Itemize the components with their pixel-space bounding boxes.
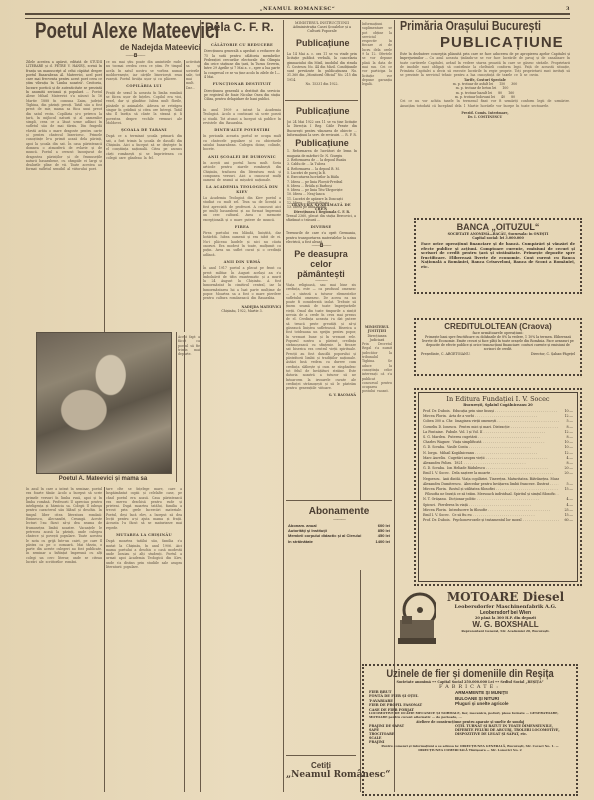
book-price: 60.— (559, 518, 573, 523)
publication2-title: Publicațiune (296, 106, 350, 116)
primaria-text: Este în dezbatere concepția plănuită pri… (400, 52, 570, 212)
column-rule (104, 60, 105, 332)
subhead-mutarea: MUTAREA LA CHIȘINĂU (106, 533, 182, 537)
motoare-line4: W. G. BOXSHALL (438, 620, 573, 629)
column-rule (200, 20, 201, 792)
socec-inner: In Editura Fundației I. V. Socec Bucureș… (418, 392, 578, 582)
abonamente-label: In străinătate (288, 539, 313, 544)
ministry-ref: No. 15331 din 1922. (287, 82, 357, 86)
article-column-5: tare cîte se înțelege mare, care a înspă… (106, 487, 182, 792)
ministry-header-text: MINISTERUL INSTRUCȚIUNII Administrația C… (293, 21, 351, 33)
creditul-title: CREDITULOLTEAN (Craova) (421, 322, 575, 331)
column-rule (283, 195, 284, 792)
ministry-text: La 14 Mai a. c. ora 11 se va vinde prin … (287, 52, 357, 97)
section-rule (286, 755, 356, 756)
masthead-title: „NEAMUL ROMANESC“ (260, 6, 336, 12)
publication2-body: Joi 24 Mai 1922 ora 11 se va ține licita… (287, 120, 357, 137)
resita-bottom-right: OȚEL TURNAT ȘI BATUT IN TOATE DIMENSIUNI… (455, 724, 571, 744)
cetiti-line2: „Neamul Românesc“ (286, 770, 356, 780)
abonamente-price: 1400 lei (376, 539, 390, 544)
primaria-title: Primăria Orașului București (400, 18, 541, 33)
resita-title: Uzinele de fier și domeniile din Reșița (384, 668, 556, 680)
cfr-section-text: Trenul 2360, plecat din stația Bercovici… (286, 214, 356, 222)
ministry-text-body: La 14 Mai a. c. ora 11 se va vinde prin … (287, 52, 357, 82)
abonamente-box: Abonamente ——— Abonam. anual600 lei Auto… (286, 500, 392, 570)
column-rule (184, 335, 185, 792)
ministry-title: Publicațiune (296, 38, 350, 48)
book-author: Prof. Dr. Dubois. (423, 518, 451, 523)
column-rule (360, 20, 361, 792)
article-intro: Zilele acestea a apărut, editată de STUD… (26, 60, 102, 94)
motoare-ad: MOTOARE Diesel Leobersdorfer Maschinenfa… (438, 590, 573, 633)
subhead-academia: LA ACADEMIA TEOLOGICĂ DIN KIEV (203, 185, 281, 194)
cfr-section-text: Terenurile de care s'a oprit Germania, p… (286, 231, 356, 244)
cfr-section-text: Direcțiunea generală a destituit din ser… (204, 89, 280, 102)
banca-title: BANCA „OITUZUL“ (421, 222, 575, 232)
article-column-4: In anul în care a intrat în seminar, poe… (26, 487, 102, 792)
abonamente-title: Abonamente (286, 506, 392, 517)
resita-inner: Uzinele de fier și domeniile din Reșița … (366, 668, 574, 752)
article-byline: de Nadejda Mateevici (120, 43, 201, 52)
socec-address: București, Splaiul Cogălniceanu 20 (423, 403, 573, 407)
justice-header: MINISTERUL JUSTIȚIEI (362, 325, 392, 334)
resita-left-items: FIER BRUT FONTĂ DE FIER ȘI OȚEL T-AVARIA… (369, 690, 449, 712)
resita-right-items: ARMAMENTE ȘI MUNIȚII BULOANE ȘI NITURI P… (455, 690, 571, 712)
tax-value2: 300 (511, 82, 517, 86)
column-rule (104, 487, 105, 792)
article-column-3: activitatea sa și scrierile sale, tot ma… (186, 60, 200, 330)
publication2-item: 1. Reformarea de lucrători de lemn în ma… (287, 149, 357, 158)
article-column-side: Acest fapt a făcut ca poetul să fie trim… (178, 335, 200, 480)
column-rule (184, 60, 185, 332)
resita-products: FIER BRUT FONTĂ DE FIER ȘI OȚEL T-AVARIA… (369, 690, 571, 712)
section-rule (285, 100, 358, 101)
subhead-duhovnic: ANII ȘCOALEI DE DUHOVNIC (203, 155, 281, 159)
subhead-firea: FIREA (203, 225, 281, 229)
cfr-section-text: Direcțiunea generală a aprobat o reducer… (204, 49, 280, 79)
article-column-2: ce nu mai știu poate din amintirile rude… (106, 60, 182, 330)
article-column-8: In anul 1909 a intrat la Academia Teolog… (203, 108, 281, 798)
creditul-director: Director, C. Șaban-Făgețel (531, 352, 575, 356)
creditul-signatures: Președinte, C. ARGETOIANU. Director, C. … (421, 352, 575, 356)
resita-ad: Uzinele de fier și domeniile din Reșița … (362, 664, 578, 796)
ornament-divider: ——◘—— (110, 53, 160, 59)
resita-bottom-left: PRAJINI DE SAPAT SAPE TROCITOARE SCALE P… (369, 724, 449, 744)
resita-bottom: PRAJINI DE SAPAT SAPE TROCITOARE SCALE P… (369, 724, 571, 744)
resita-middle: LOCOMOTIVE DE OCAZIE MECANICE ȘI NORMALE… (369, 712, 571, 720)
cetiti-box: Cetiți „Neamul Românesc“ (286, 755, 356, 795)
banca-capital: Capital social: lei 3.000.000 (421, 236, 575, 240)
motoare-line5: Reprezentant General, Str. Academiei 20,… (438, 629, 573, 633)
column-rule (283, 20, 284, 195)
pamant-author: G. V. BACOANĂ (286, 393, 356, 397)
section-rule (286, 500, 392, 501)
newspaper-page: „NEAMUL ROMANESC“ 3 Poetul Alexe Mateevi… (0, 0, 594, 800)
creditul-inner: CREDITULOLTEAN (Craova) face următoarele… (418, 322, 578, 372)
abonamente-row: In străinătate1400 lei (288, 539, 390, 544)
creditul-president: Președinte, C. ARGETOIANU. (421, 352, 470, 356)
socec-title: In Editura Fundației I. V. Socec (423, 395, 573, 403)
subhead-anii: ANII DIN URMĂ (203, 260, 281, 264)
pamant-title: Pe deasupra celor pământești (286, 249, 356, 279)
book-list: Prof. Dr. Dubois.Educația prin sine însu… (423, 409, 573, 523)
ministry-header: MINISTERUL INSTRUCȚIUNII Administrația C… (287, 21, 357, 35)
socec-books-ad: In Editura Fundației I. V. Socec Bucureș… (414, 388, 582, 586)
cetiti-line1: Cetiți (286, 761, 356, 770)
book-list-item: Prof. Dr. Dubois.Psychonevrozele și trat… (423, 518, 573, 523)
cfr-section-head: FUNCȚIONAR DESTITUIT (204, 82, 280, 86)
photo-caption: Poetul A. Mateevici și mama sa (36, 476, 170, 482)
page-number: 3 (566, 6, 570, 12)
article-title: Poetul Alexe Mateevici (35, 18, 219, 44)
subhead-copilaria: COPILĂRIA LUI (106, 84, 182, 88)
pamant-block: TRASURA SFARAMATĂ DE TREN Trenul 2360, p… (286, 200, 356, 790)
justice-subheader: Direcțiunea Judiciară (362, 334, 392, 343)
cfr-section-head: TRASURA SFARAMATĂ DE TREN (286, 203, 356, 212)
cfr-column: CĂLĂTORIE CU REDUCERE Direcțiunea genera… (204, 40, 280, 110)
subhead-scoala: ȘCOALA DE TARANI (106, 128, 182, 132)
column-c-upper: Informațiuni suplimentare se pot obține … (362, 22, 392, 322)
cfr-title: Dela C. F. R. (205, 20, 274, 34)
primaria-subtitle: PUBLICAȚIUNE (440, 34, 564, 51)
banca-text: Face orice operațiuni financiare și de b… (421, 242, 575, 270)
diesel-engine-illustration (398, 592, 436, 650)
primaria-signature-name: Dr. I. COSTINESCU (400, 115, 570, 119)
subhead-povestiri: DINTR'ALTE POVESTIRI (203, 128, 281, 132)
book-title: Psychonevrozele și tratamentul lor moral (453, 518, 559, 523)
publication3-title: Publicațiune (287, 141, 357, 145)
article-column-1: Zilele acestea a apărut, editată de STUD… (26, 60, 102, 330)
resita-item: Pluguri și unelte agricole (455, 701, 571, 707)
resita-contact: Pentru comenzi și informațiuni a se adre… (369, 744, 571, 752)
banca-oituzul-inner: BANCA „OITUZUL“ SOCIETATE ANONIMĂ—BACĂU,… (418, 222, 578, 290)
poet-and-mother-photo (36, 332, 172, 474)
article-signature-place: Chișinău, 1922, Martie 3. (203, 309, 281, 313)
cfr-section-head: CĂLĂTORIE CU REDUCERE (204, 43, 280, 47)
column-rule (176, 332, 177, 482)
banca-oituzul-ad: BANCA „OITUZUL“ SOCIETATE ANONIMĂ—BACĂU,… (414, 218, 582, 294)
cfr-section-head: DIVERSE (286, 225, 356, 229)
creditul-text: Primește bani spre fructificare cu dobân… (421, 335, 575, 351)
justice-block: MINISTERUL JUSTIȚIEI Direcțiunea Judicia… (362, 325, 392, 475)
motoare-title: MOTOARE Diesel (438, 590, 573, 604)
creditul-oltean-ad: CREDITULOLTEAN (Craova) face următoarele… (414, 318, 582, 376)
